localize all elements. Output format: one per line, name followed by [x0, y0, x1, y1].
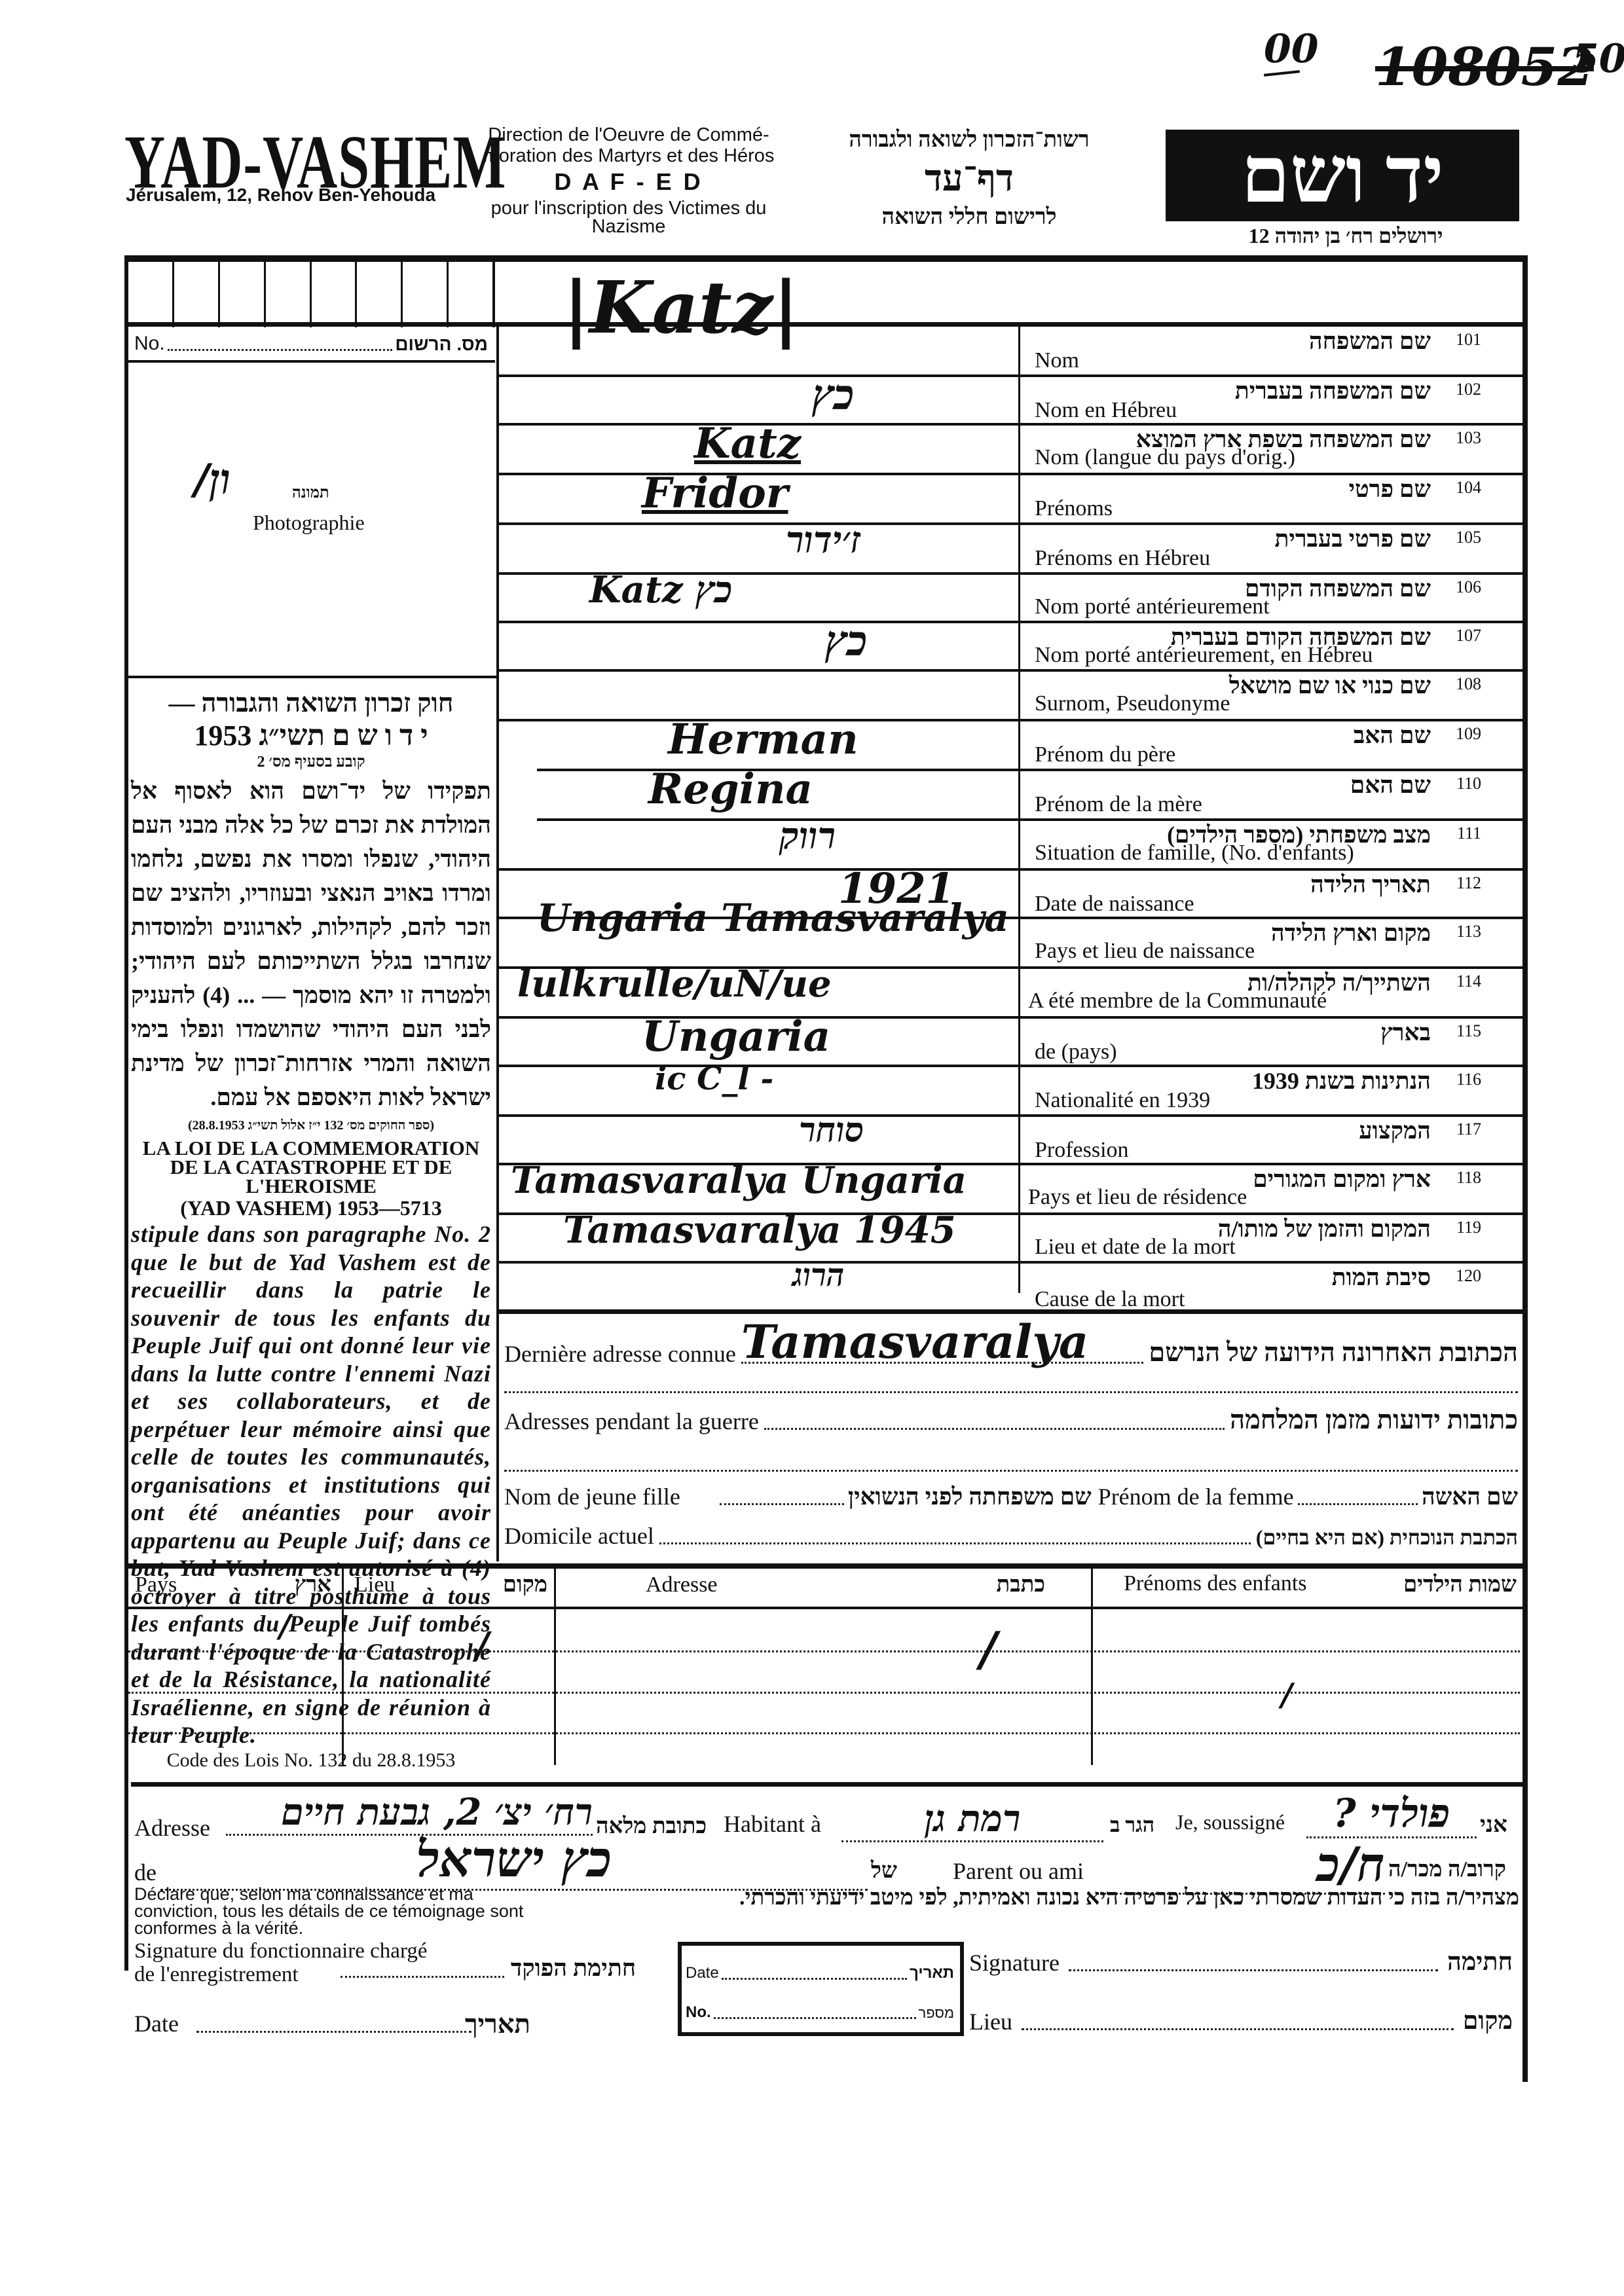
header-country: Pays — [135, 1573, 200, 1597]
header-country-heb: ארץ — [259, 1573, 331, 1597]
box-no-row: No. מספר — [686, 2003, 954, 2022]
field-row-117: 117 המקצוע Profession סוחר — [498, 1117, 1493, 1163]
official-date-label-heb: תאריך — [465, 2009, 530, 2039]
field-label: Nom — [1035, 348, 1079, 373]
official-signature-field[interactable] — [341, 1976, 504, 1978]
field-label-heb: סיבת המות — [1332, 1264, 1431, 1291]
field-label-heb: שם המשפחה — [1309, 327, 1431, 355]
declaration-fr: Déclare que, selon ma connaissance et ma… — [134, 1886, 547, 1937]
field-row-113: 113 מקום וארץ הלידה Pays et lieu de nais… — [498, 919, 1493, 965]
je-soussigne-label-heb: אני — [1480, 1813, 1507, 1838]
last-address-line-2[interactable] — [504, 1391, 1518, 1393]
field-number: 119 — [1456, 1218, 1481, 1237]
maiden-name-label: Nom de jeune fille — [504, 1483, 680, 1510]
field-label: Date de naissance — [1035, 892, 1194, 917]
field-value-residence[interactable]: Tamasvaralya Ungaria — [511, 1159, 967, 1202]
law-heb-body: תפקידו של יד־ושם הוא לאסוף אל המולדת את … — [131, 774, 491, 1114]
field-number: 120 — [1456, 1266, 1481, 1286]
domicile-row: Domicile actuel הכתבת הנוכחית (אם היא בח… — [504, 1522, 1518, 1550]
children-table: Pays ארץ Lieu מקום Adresse כתבת Prénoms … — [128, 1569, 1523, 1765]
field-number: 112 — [1456, 873, 1481, 893]
heb-purpose: לרישום חללי השואה — [812, 205, 1126, 230]
header-place-heb: מקום — [469, 1573, 547, 1597]
parent-label-heb: קרוב/ה מכר/ה — [1388, 1857, 1506, 1882]
signature-label: Signature — [969, 1949, 1060, 1977]
field-row-105: 105 שם פרטי בעברית Prénoms en Hébreu ז׳י… — [498, 525, 1493, 571]
field-value-birth-place[interactable]: Ungaria Tamasvaralya — [537, 896, 1009, 940]
photo-mark: /ון — [194, 455, 231, 504]
field-label: Surnom, Pseudonyme — [1035, 691, 1230, 716]
last-address-label: Dernière adresse connue — [504, 1340, 736, 1368]
field-label-heb: שם פרטי — [1349, 475, 1431, 503]
field-row-106: 106 שם המשפחה הקודם Nom porté antérieure… — [498, 575, 1493, 621]
field-row-110: 110 שם האם Prénom de la mère Regina — [498, 771, 1493, 817]
field-row-118: 118 ארץ ומקום המגורים Pays et lieu de ré… — [498, 1165, 1493, 1211]
je-soussigne-label: Je, soussigné — [1175, 1810, 1285, 1834]
field-label: Nom en Hébreu — [1035, 398, 1177, 423]
reg-digit-box[interactable] — [403, 262, 449, 327]
archive-mark-50: 50 — [1572, 36, 1624, 82]
place-label-heb: מקום — [1463, 2007, 1513, 2035]
place-label: Lieu — [969, 2008, 1012, 2035]
fields-bottom-border — [128, 676, 498, 678]
domicile-field[interactable] — [659, 1542, 1251, 1544]
war-address-label-heb: כתובות ידועות מזמן המלחמה — [1230, 1404, 1518, 1435]
field-value-previous-name[interactable]: Katz כץ — [589, 568, 733, 611]
field-number: 111 — [1457, 824, 1481, 843]
header-children-names: Prénoms des enfants — [1124, 1571, 1353, 1596]
field-number: 110 — [1456, 774, 1481, 793]
field-number: 102 — [1456, 380, 1481, 399]
field-value-first-name[interactable]: Fridor — [642, 469, 788, 518]
parent-label: Parent ou ami — [953, 1857, 1084, 1885]
domicile-label-heb: הכתבת הנוכחית (אם היא בחיים) — [1256, 1525, 1518, 1550]
reg-boxes-bottom — [124, 322, 1526, 327]
address-section-top — [496, 1309, 1524, 1314]
declarant-section-top — [131, 1782, 1524, 1787]
declarant-row-2: de כץ ישראל של Parent ou ami ח/כ קרוב/ה … — [134, 1843, 1516, 1889]
header-fr-line2: moration des Martyrs et des Héros — [458, 145, 799, 166]
children-row-line[interactable] — [128, 1650, 1520, 1652]
heb-form-name: דף־עד — [812, 153, 1126, 205]
habitant-label-heb: הגר ב — [1110, 1813, 1154, 1837]
law-heb-ref: (ספר החוקים מס׳ 132 י״ז אלול תשי״ג 28.8.… — [131, 1118, 491, 1133]
field-number: 109 — [1456, 724, 1481, 744]
field-label-heb: ארץ ומקום המגורים — [1253, 1165, 1431, 1193]
registration-no-label: No. — [134, 333, 165, 355]
field-number: 108 — [1456, 674, 1481, 694]
maiden-name-label-heb: שם משפחתה לפני הנשואין — [848, 1483, 1092, 1510]
field-row-111: 111 מצב משפחתי (מספר הילדים) Situation d… — [498, 821, 1493, 867]
field-label-heb: שם האב — [1354, 721, 1431, 749]
wife-name-label-heb: שם האשה — [1422, 1483, 1518, 1510]
field-label: de (pays) — [1035, 1040, 1117, 1065]
field-value-father-name[interactable]: Herman — [668, 715, 858, 764]
field-label: Situation de famille, (No. d'enfants) — [1035, 841, 1354, 866]
field-row-115: 115 בארץ de (pays) Ungaria — [498, 1019, 1493, 1065]
field-label-heb: המקצוע — [1359, 1117, 1431, 1144]
registration-no-field[interactable] — [168, 349, 393, 351]
declaration-heb: מצהיר/ה בזה כי העדות שמסרתי כאן על פרטיה… — [550, 1886, 1519, 1910]
field-value-surname-hebrew[interactable]: כץ — [812, 371, 855, 420]
address-field[interactable]: רח׳ יצ׳ 2, גבעת חיים — [226, 1791, 593, 1836]
field-number: 104 — [1456, 478, 1481, 498]
field-label: A été membre de la Communauté — [1028, 989, 1327, 1013]
field-number: 114 — [1456, 972, 1481, 991]
form-name: D A F - E D — [458, 166, 799, 198]
maiden-name-field[interactable] — [720, 1503, 844, 1505]
official-signature-label-heb: חתימת הפוקד — [511, 1954, 636, 1982]
children-row-1-place: / — [475, 1624, 489, 1667]
archive-mark-00: 00 — [1264, 26, 1319, 72]
yad-vashem-logo: יד ושם — [1166, 130, 1519, 221]
header-fr-block: Direction de l'Oeuvre de Commé- moration… — [458, 124, 799, 234]
field-label: Nom (langue du pays d'orig.) — [1035, 445, 1295, 470]
field-label: Pays et lieu de résidence — [1028, 1185, 1247, 1210]
field-value-death-place-date[interactable]: Tamasvaralya 1945 — [563, 1209, 956, 1252]
registration-no-row: No. מס. הרשום — [134, 333, 488, 355]
field-value-surname-origin[interactable]: Katz — [694, 419, 801, 468]
reg-no-bottom — [128, 360, 495, 363]
wife-name-label: Prénom de la femme — [1098, 1483, 1294, 1510]
children-table-top — [128, 1563, 1524, 1569]
col-divider-1 — [342, 1569, 344, 1765]
registry-stamp-box: Date תאריך No. מספר — [678, 1942, 964, 2036]
field-row-120: 120 סיבת המות Cause de la mort הרוג — [498, 1264, 1493, 1309]
de-field[interactable]: כץ ישראל — [160, 1830, 868, 1891]
field-label: Prénoms en Hébreu — [1035, 546, 1210, 571]
field-label-heb: מקום וארץ הלידה — [1271, 919, 1431, 947]
header-place: Lieu — [354, 1573, 420, 1597]
signature-field[interactable] — [1069, 1969, 1438, 1971]
last-address-field[interactable]: Tamasvaralya — [741, 1322, 1143, 1364]
col-divider-3 — [1091, 1569, 1093, 1765]
top-border — [124, 255, 1526, 262]
header-fr-line1: Direction de l'Oeuvre de Commé- — [458, 124, 799, 145]
signature-label-heb: חתימה — [1447, 1948, 1513, 1977]
law-fr-title-2: DE LA CATASTROPHE ET DE — [131, 1157, 491, 1176]
field-row-119: 119 המקום והזמן של מותו/ה Lieu et date d… — [498, 1215, 1493, 1261]
field-value-country[interactable]: Ungaria — [642, 1012, 830, 1061]
field-value-first-name-hebrew[interactable]: ז׳ידור — [786, 519, 860, 562]
field-number: 107 — [1456, 626, 1481, 646]
children-row-1-address: / — [980, 1621, 997, 1677]
field-number: 115 — [1456, 1021, 1481, 1041]
field-number: 103 — [1456, 428, 1481, 448]
field-label: Nationalité en 1939 — [1035, 1088, 1210, 1113]
field-value-previous-name-hebrew[interactable]: כץ — [825, 617, 868, 666]
field-row-102: 102 שם המשפחה בעברית Nom en Hébreu כץ — [498, 377, 1493, 423]
field-row-116: 116 הנתינות בשנת 1939 Nationalité en 193… — [498, 1067, 1493, 1113]
yad-vashem-logo-text: יד ושם — [1241, 130, 1444, 221]
official-signature-label-1: Signature du fonctionnaire chargé — [134, 1939, 427, 1963]
field-label-heb: שם המשפחה הקודם — [1245, 575, 1431, 602]
domicile-label: Domicile actuel — [504, 1522, 654, 1550]
field-row-107: 107 שם המשפחה הקודם בעברית Nom porté ant… — [498, 623, 1493, 669]
field-label: Prénoms — [1035, 496, 1113, 521]
box-no-field[interactable] — [714, 2017, 916, 2019]
field-value-community[interactable]: lulkrulle/uN/ue — [517, 962, 832, 1006]
photo-area[interactable]: /ון תמונה Photographie — [128, 363, 495, 678]
field-label: Pays et lieu de naissance — [1035, 939, 1255, 964]
field-row-114: 114 השתייך/ה לקהלה/ות A été membre de la… — [498, 969, 1493, 1015]
official-date-field[interactable] — [196, 2031, 471, 2033]
de-label-heb: של — [871, 1859, 897, 1884]
field-row-104: 104 שם פרטי Prénoms Fridor — [498, 475, 1493, 521]
declarant-signature-row: Signature חתימה — [969, 1948, 1513, 1977]
header-fr-line4: Nazisme — [458, 219, 799, 234]
header-address: Adresse — [646, 1573, 777, 1597]
children-row-line[interactable] — [128, 1732, 1520, 1734]
reg-digit-box[interactable] — [449, 262, 495, 327]
field-number: 101 — [1456, 330, 1481, 350]
field-label: Nom porté antérieurement, en Hébreu — [1035, 643, 1373, 668]
law-heb-subtitle: י ד ו ש ם תשי״ג 1953 — [131, 718, 491, 754]
box-date-label-heb: תאריך — [910, 1964, 954, 1982]
field-number: 116 — [1456, 1070, 1481, 1089]
declarant-place-row: Lieu מקום — [969, 2007, 1513, 2035]
de-label: de — [134, 1859, 157, 1886]
field-row-108: 108 שם כנוי או שם מושאל Surnom, Pseudony… — [498, 672, 1493, 718]
field-label-heb: שם פרטי בעברית — [1274, 525, 1431, 553]
box-no-label-heb: מספר — [919, 2005, 955, 2022]
field-label-heb: תאריך הלידה — [1310, 871, 1431, 898]
field-value-family-status[interactable]: רווק — [779, 814, 836, 858]
reg-digit-box[interactable] — [174, 262, 220, 327]
field-value-nationality-1939[interactable]: ic C_l - — [655, 1061, 773, 1097]
photo-label: Photographie — [253, 511, 365, 535]
field-value-mother-name[interactable]: Regina — [648, 765, 813, 814]
children-row-line[interactable] — [128, 1692, 1520, 1694]
col-divider-2 — [554, 1569, 556, 1765]
children-row-1-children: / — [1281, 1677, 1293, 1713]
habitant-field[interactable]: רמת גן — [841, 1797, 1103, 1842]
field-label-heb: המקום והזמן של מותו/ה — [1218, 1215, 1431, 1243]
field-row-101: 101 שם המשפחה Nom — [498, 327, 1493, 373]
field-label: Prénom de la mère — [1035, 792, 1202, 817]
heb-authority: רשות־הזכרון לשואה ולגבורה — [812, 128, 1126, 153]
field-number: 117 — [1456, 1120, 1481, 1139]
last-address-row: Dernière adresse connue Tamasvaralya הכת… — [504, 1322, 1518, 1368]
war-address-line-2[interactable] — [504, 1470, 1518, 1472]
law-fr-title: LA LOI DE LA COMMEMORATION DE LA CATASTR… — [131, 1139, 491, 1220]
war-address-row: Adresses pendant la guerre כתובות ידועות… — [504, 1404, 1518, 1435]
official-signature-label: Signature du fonctionnaire chargé de l'e… — [134, 1939, 427, 1986]
registration-no-label-heb: מס. הרשום — [395, 334, 488, 355]
box-date-row: Date תאריך — [686, 1964, 954, 1982]
reg-digit-box[interactable] — [128, 262, 174, 327]
place-field[interactable] — [1022, 2028, 1454, 2030]
law-fr-title-1: LA LOI DE LA COMMEMORATION — [131, 1139, 491, 1157]
reg-digit-box[interactable] — [266, 262, 312, 327]
field-row-103: 103 שם המשפחה בשפת ארץ המוצא Nom (langue… — [498, 426, 1493, 471]
field-number: 113 — [1456, 922, 1481, 941]
wife-name-field[interactable] — [1298, 1503, 1418, 1505]
field-number: 105 — [1456, 528, 1481, 547]
org-address: Jérusalem, 12, Rehov Ben-Yehouda — [126, 185, 435, 206]
field-label-heb: הנתינות בשנת 1939 — [1252, 1067, 1431, 1095]
official-signature-label-2: de l'enregistrement — [134, 1963, 427, 1986]
field-label: Cause de la mort — [1035, 1287, 1185, 1312]
box-no-label: No. — [686, 2003, 711, 2022]
war-address-field[interactable] — [764, 1428, 1225, 1430]
archive-number: 108052 — [1375, 36, 1594, 98]
reg-digit-box[interactable] — [357, 262, 403, 327]
field-label: Prénom du père — [1035, 742, 1175, 767]
children-row-1-country: / — [279, 1608, 291, 1645]
field-number: 118 — [1456, 1168, 1481, 1188]
field-row-109: 109 שם האב Prénom du père Herman — [498, 721, 1493, 767]
box-date-field[interactable] — [722, 1978, 907, 1980]
official-date-label: Date — [134, 2010, 179, 2037]
field-label: Lieu et date de la mort — [1035, 1235, 1236, 1260]
last-address-label-heb: הכתובת האחרונה הידועה של הנרשם — [1149, 1337, 1518, 1368]
law-fr-title-3: L'HEROISME — [131, 1176, 491, 1195]
field-label-heb: שם המשפחה בעברית — [1235, 377, 1431, 405]
field-label-heb: שם האם — [1350, 771, 1431, 799]
maiden-name-row: Nom de jeune fille שם משפחתה לפני הנשואי… — [504, 1483, 1518, 1510]
field-number: 106 — [1456, 577, 1481, 597]
right-border — [1522, 255, 1528, 2082]
registration-number-boxes[interactable] — [128, 262, 495, 327]
photo-label-heb: תמונה — [292, 484, 329, 502]
je-soussigne-field[interactable]: פולדי ? — [1306, 1791, 1477, 1838]
heb-address: ירושלים רח׳ בן יהודה 12 — [1198, 224, 1493, 248]
law-heb-clause: קובע בסעיף מס׳ 2 — [131, 754, 491, 771]
field-label: Profession — [1035, 1138, 1129, 1163]
field-value-death-cause[interactable]: הרוג — [792, 1257, 844, 1294]
field-label-heb: שם כנוי או שם מושאל — [1229, 672, 1431, 699]
box-date-label: Date — [686, 1964, 719, 1982]
reg-digit-box[interactable] — [220, 262, 266, 327]
field-label: Nom porté antérieurement — [1035, 594, 1270, 619]
reg-digit-box[interactable] — [312, 262, 358, 327]
law-heb-title: חוק זכרון השואה והגבורה — — [131, 687, 491, 718]
field-value-profession[interactable]: סוחר — [799, 1110, 864, 1150]
law-fr-title-4: (YAD VASHEM) 1953—5713 — [131, 1195, 491, 1220]
header-children-names-heb: שמות הילדים — [1379, 1573, 1517, 1597]
header-address-heb: כתבת — [967, 1573, 1045, 1597]
children-table-header: Pays ארץ Lieu מקום Adresse כתבת Prénoms … — [128, 1569, 1523, 1609]
war-address-label: Adresses pendant la guerre — [504, 1408, 759, 1435]
field-label-heb: בארץ — [1380, 1019, 1431, 1046]
header-heb-block: רשות־הזכרון לשואה ולגבורה דף־עד לרישום ח… — [812, 128, 1126, 230]
